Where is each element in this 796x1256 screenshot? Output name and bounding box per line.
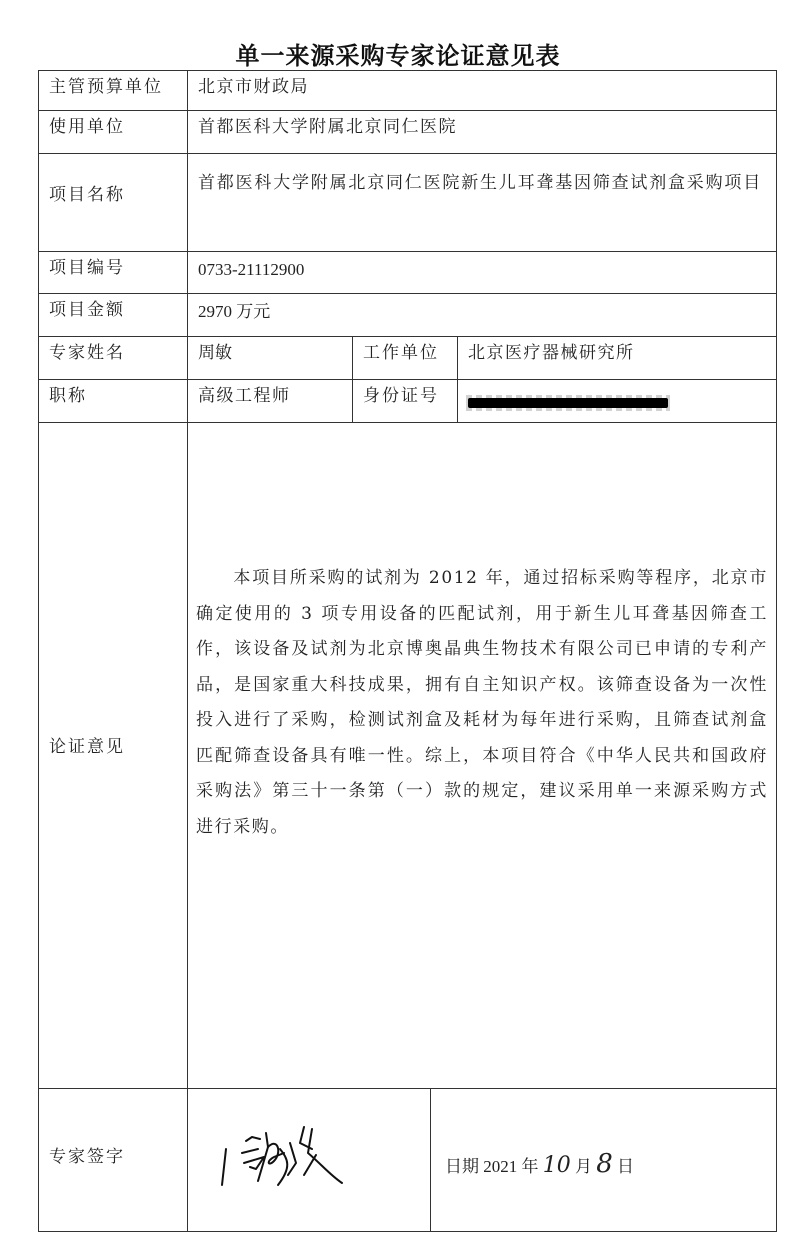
expert-name-value: 周敏 <box>187 336 353 380</box>
project-number-value: 0733-21112900 <box>187 251 777 294</box>
opinion-label: 论证意见 <box>38 422 188 1089</box>
project-name-label: 项目名称 <box>38 153 188 252</box>
expert-opinion-form: 主管预算单位 北京市财政局 使用单位 首都医科大学附属北京同仁医院 项目名称 首… <box>38 70 777 1232</box>
project-amount-value: 2970 万元 <box>187 293 777 337</box>
opinion-cell: 本项目所采购的试剂为 2012 年，通过招标采购等程序，北京市确定使用的 3 项… <box>187 422 777 1089</box>
opinion-text: 本项目所采购的试剂为 2012 年，通过招标采购等程序，北京市确定使用的 3 项… <box>196 561 768 845</box>
page-title: 单一来源采购专家论证意见表 <box>0 36 796 71</box>
signature-label: 专家签字 <box>38 1088 188 1232</box>
expert-name-label: 专家姓名 <box>38 336 188 380</box>
date-cell: 日期 2021 年 10 月 8 日 <box>430 1088 777 1232</box>
id-number-label: 身份证号 <box>352 379 458 423</box>
user-unit-value: 首都医科大学附属北京同仁医院 <box>187 110 777 154</box>
title-rank-value: 高级工程师 <box>187 379 353 423</box>
project-number-label: 项目编号 <box>38 251 188 294</box>
date-day-unit: 日 <box>617 1157 634 1176</box>
project-name-value: 首都医科大学附属北京同仁医院新生儿耳聋基因筛查试剂盒采购项目 <box>187 153 777 252</box>
date-day: 8 <box>596 1149 613 1179</box>
handwritten-signature <box>208 1103 378 1213</box>
opinion-label-text: 论证意见 <box>49 737 125 757</box>
user-unit-label: 使用单位 <box>38 110 188 154</box>
title-rank-label: 职称 <box>38 379 188 423</box>
work-unit-label: 工作单位 <box>352 336 458 380</box>
date-prefix: 日期 2021 年 <box>445 1157 539 1176</box>
signature-cell <box>187 1088 431 1232</box>
redaction-bar <box>468 398 668 408</box>
project-amount-label: 项目金额 <box>38 293 188 337</box>
signature-label-text: 专家签字 <box>49 1147 125 1167</box>
opinion-paragraph: 本项目所采购的试剂为 2012 年，通过招标采购等程序，北京市确定使用的 3 项… <box>196 561 768 845</box>
work-unit-value: 北京医疗器械研究所 <box>457 336 777 380</box>
date-month-unit: 月 <box>575 1157 592 1176</box>
budget-unit-label: 主管预算单位 <box>38 70 188 111</box>
budget-unit-value: 北京市财政局 <box>187 70 777 111</box>
date-month: 10 <box>543 1153 571 1178</box>
id-number-value <box>457 379 777 423</box>
